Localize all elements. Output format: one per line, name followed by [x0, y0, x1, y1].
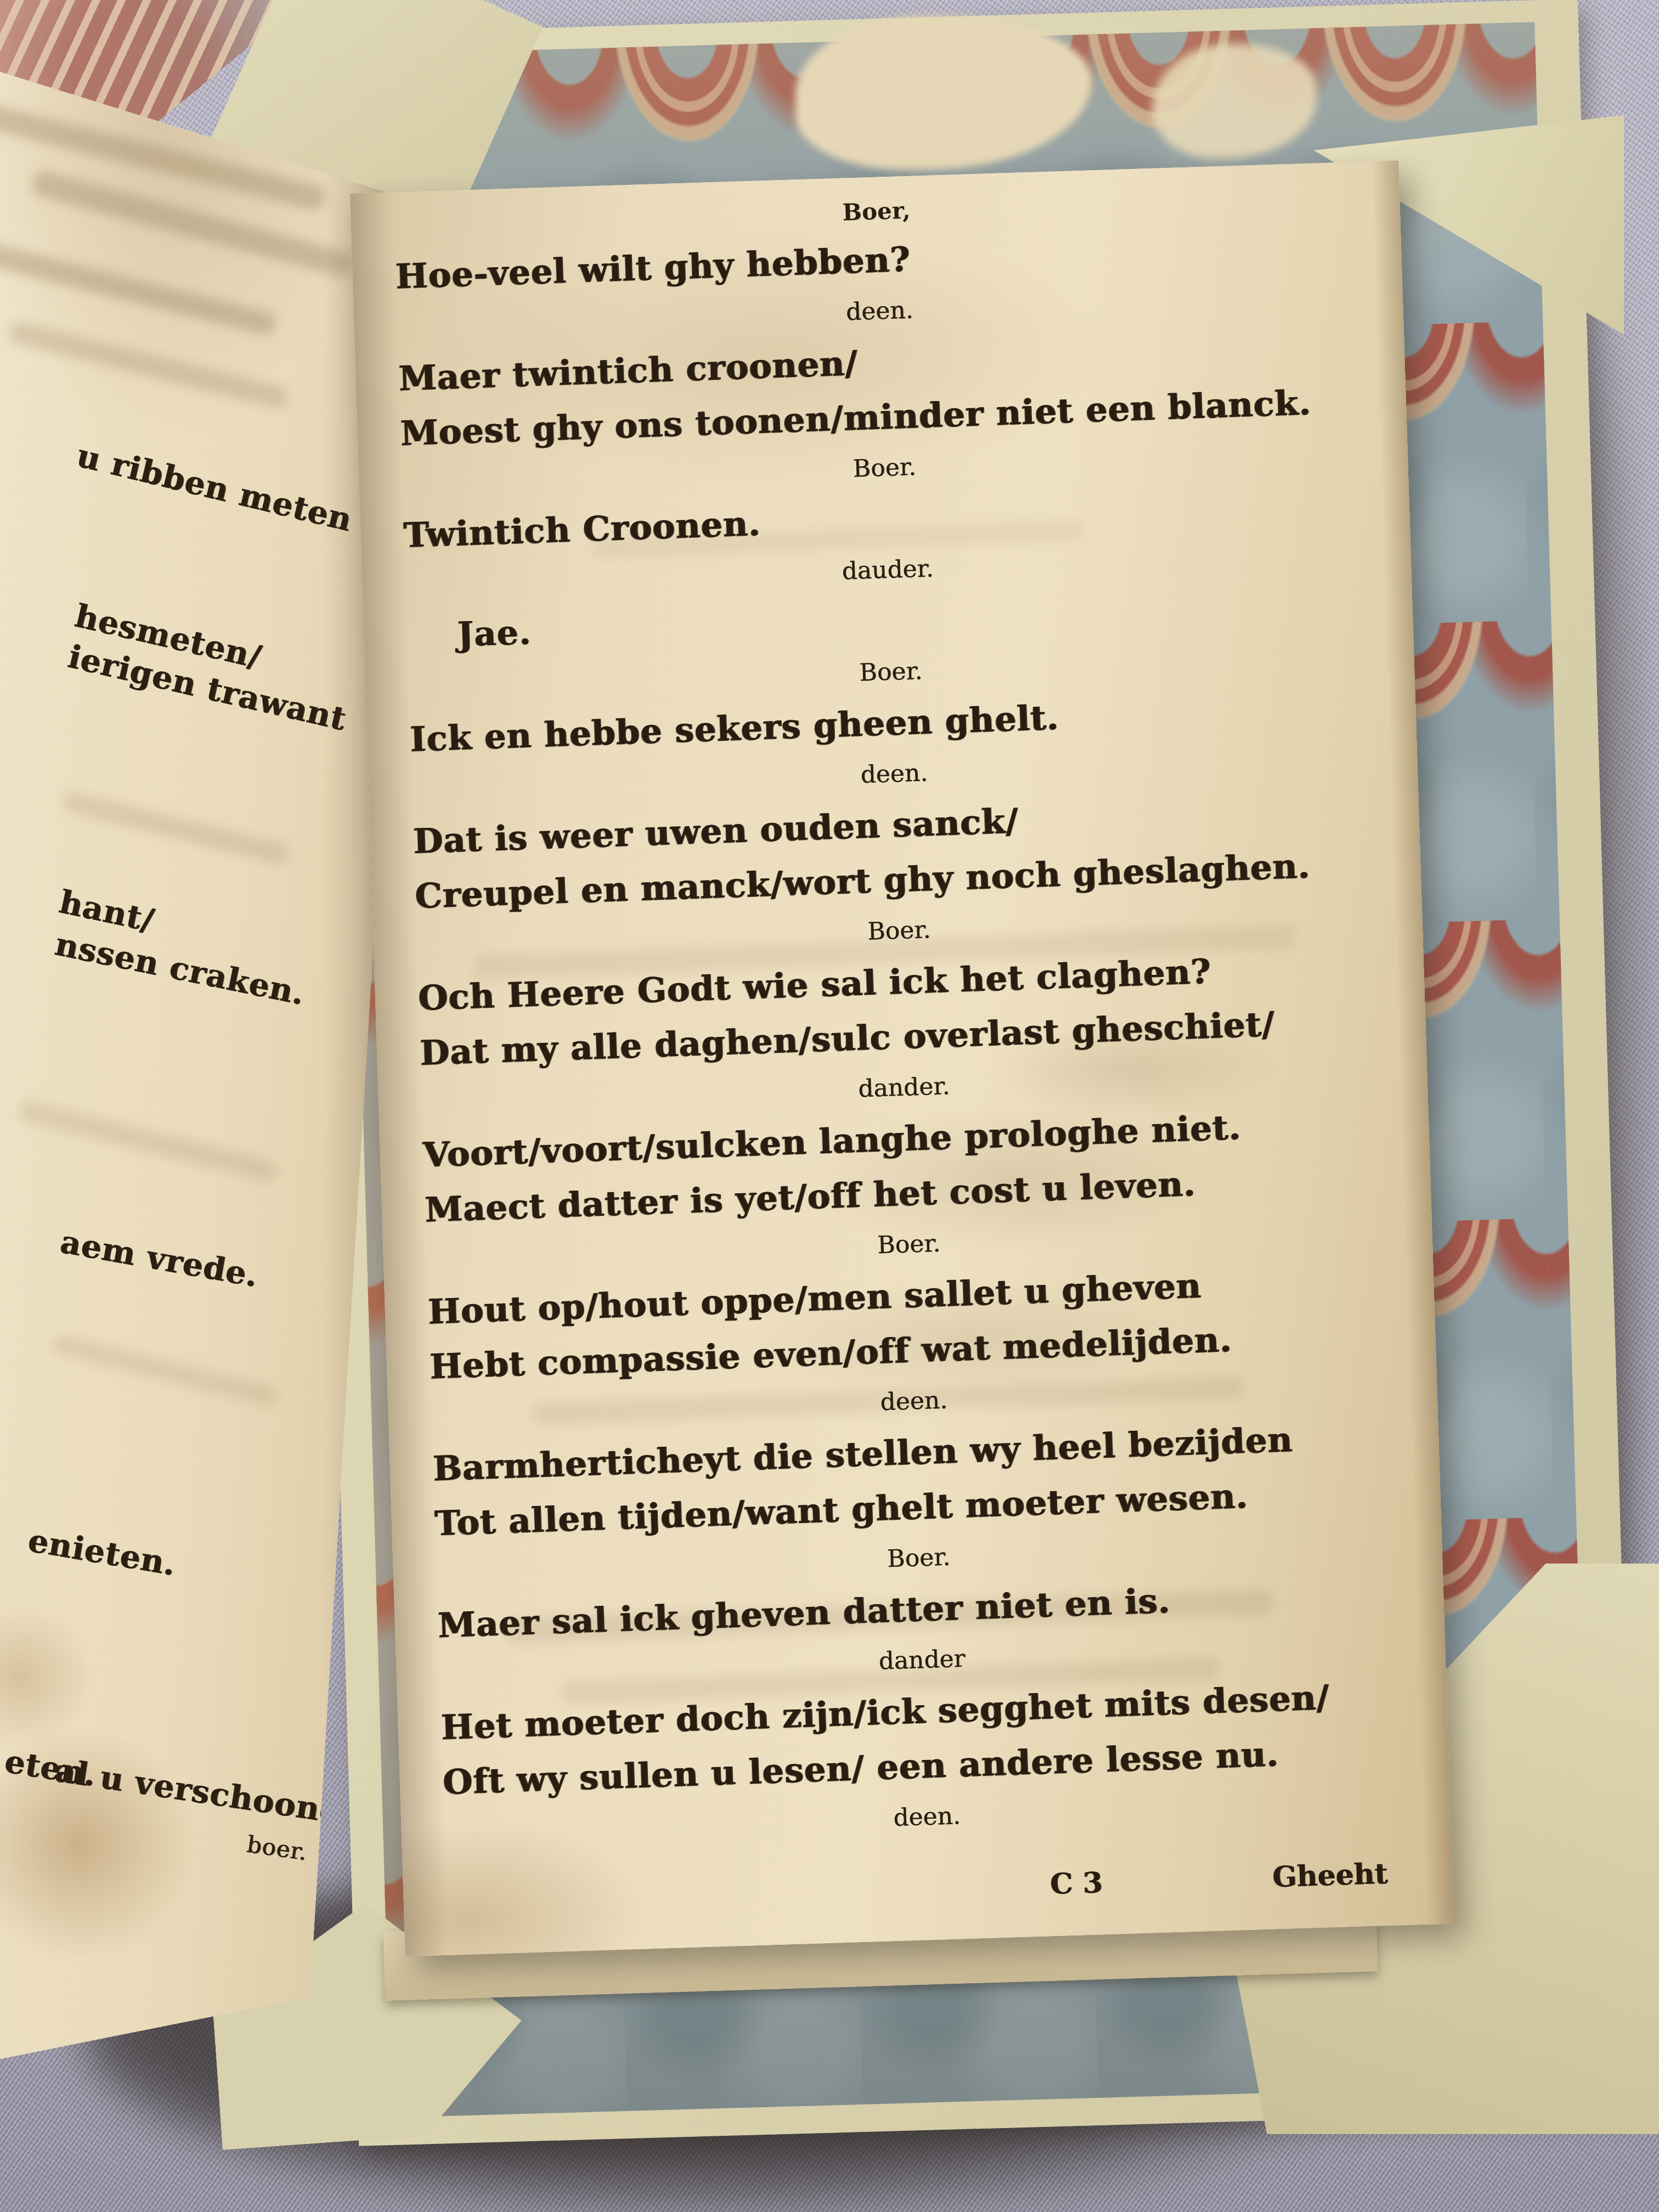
bleedthrough-ghost [18, 1099, 278, 1184]
left-page-fragment: aem vrede. [58, 1223, 261, 1294]
bleedthrough-ghost [7, 320, 289, 410]
dialogue-text: Boer, Hoe-veel wilt ghy hebben?deen.Maer… [393, 175, 1410, 1856]
left-page-fragment: boer. [245, 1831, 309, 1866]
left-page-fragment: enieten. [25, 1522, 179, 1583]
bleedthrough-ghost [61, 790, 290, 866]
left-page-fragment: u ribben meten [73, 437, 356, 539]
photo-of-open-book: { "right_page": { "header_catchword": "B… [0, 0, 1659, 2212]
page-catchword: Gheeht [1272, 1857, 1388, 1894]
right-page: Boer, Hoe-veel wilt ghy hebben?deen.Maer… [350, 161, 1454, 1956]
left-page-fragment: nssen craken. [52, 925, 308, 1012]
dialogue-rows: Hoe-veel wilt ghy hebben?deen.Maer twint… [394, 218, 1410, 1856]
left-page-fragment: al u verschoone [53, 1752, 343, 1831]
signature-mark: C 3 [1049, 1866, 1103, 1901]
bleedthrough-ghost [0, 240, 278, 337]
bleedthrough-ghost [50, 1333, 279, 1408]
